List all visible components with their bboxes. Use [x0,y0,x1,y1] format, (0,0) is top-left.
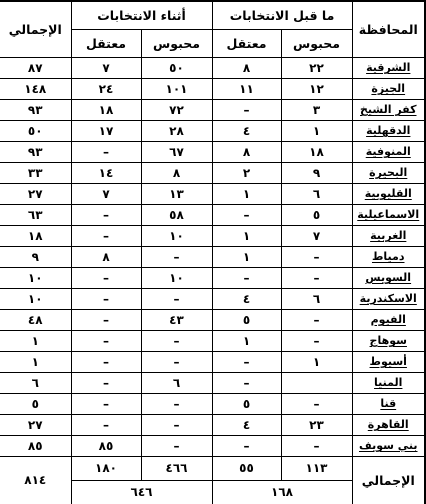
during-detained-count: – [71,225,141,246]
table-row: كفر الشيخ٣–٧٢١٨٩٣ [0,99,425,120]
during-detained-count: – [71,141,141,162]
row-total: ١٨ [0,225,71,246]
governorate-name: المنوفية [352,141,425,162]
during-detained-count: ١٤ [71,162,141,183]
during-detained-count: – [71,330,141,351]
row-total: ١٠ [0,288,71,309]
row-total: ٨٧ [0,57,71,78]
governorate-name: القاهرة [352,414,425,435]
pre-detained-count: – [212,99,281,120]
during-held-count: – [141,330,212,351]
pre-detained-count: ١ [212,183,281,204]
governorate-name: كفر الشيخ [352,99,425,120]
during-detained-count: ٨ [71,246,141,267]
pre-detained-count: – [212,435,281,456]
during-held-count: ٦ [141,372,212,393]
table-row: سوهاج–١––١ [0,330,425,351]
table-row: الاسماعيلية٥–٥٨–٦٣ [0,204,425,225]
totals-row-label: الإجمالي [352,456,425,504]
during-detained-count: – [71,351,141,372]
during-held-count: ٢٨ [141,120,212,141]
totals-row: الإجمالي ١١٣ ٥٥ ٤٦٦ ١٨٠ ٨١٤ [0,456,425,480]
during-held-count: – [141,393,212,414]
governorate-name: الجيزة [352,78,425,99]
during-detained-count: – [71,309,141,330]
pre-detained-count: – [212,267,281,288]
governorate-name: سوهاج [352,330,425,351]
col-header-governorate: المحافظة [352,1,425,57]
during-held-count: – [141,351,212,372]
during-held-count: ٥٠ [141,57,212,78]
pre-held-count: ٥ [281,204,352,225]
during-held-count: ٧٢ [141,99,212,120]
table-row: الشرقية٢٢٨٥٠٧٨٧ [0,57,425,78]
during-detained-count: – [71,414,141,435]
during-held-count: ١٠١ [141,78,212,99]
during-held-count: ٦٧ [141,141,212,162]
pre-detained-count: ٨ [212,141,281,162]
pre-detained-count: – [212,372,281,393]
pre-held-count: – [281,330,352,351]
row-total: ١ [0,330,71,351]
during-held-count: ١٠ [141,267,212,288]
governorate-name: قنا [352,393,425,414]
row-total: ٢٧ [0,414,71,435]
during-detained-count: – [71,372,141,393]
pre-held-count: ٧ [281,225,352,246]
pre-held-count: ٣ [281,99,352,120]
pre-held-count: ٦ [281,183,352,204]
grand-total: ٨١٤ [0,456,71,504]
governorate-name: البحيرة [352,162,425,183]
pre-detained-count: ١ [212,225,281,246]
during-detained-count: ٢٤ [71,78,141,99]
pre-held-count: ٦ [281,288,352,309]
table-row: القاهرة٢٣٤––٢٧ [0,414,425,435]
col-header-pre-detained: معتقل [212,29,281,57]
totals-during-sum: ٦٤٦ [71,480,212,504]
table-row: البحيرة٩٢٨١٤٣٣ [0,162,425,183]
table-row: الفيوم–٥٤٣–٤٨ [0,309,425,330]
during-detained-count: – [71,267,141,288]
pre-held-count: – [281,393,352,414]
document-page: المحافظة ما قبل الانتخابات أثناء الانتخا… [0,0,426,504]
governorate-name: بني سويف [352,435,425,456]
pre-held-count: ١٨ [281,141,352,162]
during-detained-count: – [71,204,141,225]
pre-detained-count: ٤ [212,414,281,435]
row-total: ٩٣ [0,99,71,120]
row-total: ٤٨ [0,309,71,330]
table-footer: الإجمالي ١١٣ ٥٥ ٤٦٦ ١٨٠ ٨١٤ ١٦٨ ٦٤٦ [0,456,425,504]
row-total: ١ [0,351,71,372]
pre-detained-count: ٥ [212,393,281,414]
detainees-by-governorate-table: المحافظة ما قبل الانتخابات أثناء الانتخا… [0,0,426,504]
during-detained-count: ٧ [71,57,141,78]
row-total: ٥ [0,393,71,414]
pre-held-count: – [281,267,352,288]
during-detained-count: – [71,393,141,414]
pre-detained-count: ١ [212,330,281,351]
governorate-name: القليوبية [352,183,425,204]
governorate-name: الفيوم [352,309,425,330]
pre-held-count: ١٢ [281,78,352,99]
table-row: المنيا–٦–٦ [0,372,425,393]
during-held-count: – [141,246,212,267]
pre-held-count: ١ [281,351,352,372]
during-detained-count: – [71,288,141,309]
totals-pre-detained: ٥٥ [212,456,281,480]
table-row: الاسكندرية٦٤––١٠ [0,288,425,309]
col-header-pre-held: محبوس [281,29,352,57]
row-total: ٦ [0,372,71,393]
pre-detained-count: ٢ [212,162,281,183]
col-header-during-detained: معتقل [71,29,141,57]
row-total: ٣٣ [0,162,71,183]
governorate-name: الاسماعيلية [352,204,425,225]
during-detained-count: ١٧ [71,120,141,141]
pre-detained-count: ١ [212,246,281,267]
col-header-during-held: محبوس [141,29,212,57]
table-row: القليوبية٦١١٣٧٢٧ [0,183,425,204]
row-total: ٩ [0,246,71,267]
during-detained-count: ٨٥ [71,435,141,456]
during-held-count: ٨ [141,162,212,183]
totals-during-detained: ١٨٠ [71,456,141,480]
governorate-name: الدقهلية [352,120,425,141]
governorate-name: المنيا [352,372,425,393]
row-total: ١٤٨ [0,78,71,99]
during-held-count: – [141,288,212,309]
pre-detained-count: ٨ [212,57,281,78]
table-row: بني سويف–––٨٥٨٥ [0,435,425,456]
pre-held-count: ١ [281,120,352,141]
during-held-count: ١٠ [141,225,212,246]
pre-detained-count: ٤ [212,288,281,309]
pre-detained-count: – [212,351,281,372]
pre-detained-count: – [212,204,281,225]
governorate-name: الغربية [352,225,425,246]
table-row: الدقهلية١٤٢٨١٧٥٠ [0,120,425,141]
totals-pre-held: ١١٣ [281,456,352,480]
table-row: أسيوط١–––١ [0,351,425,372]
during-held-count: – [141,414,212,435]
row-total: ٥٠ [0,120,71,141]
pre-detained-count: ٥ [212,309,281,330]
governorate-name: أسيوط [352,351,425,372]
row-total: ٩٣ [0,141,71,162]
row-total: ٢٧ [0,183,71,204]
during-detained-count: ٧ [71,183,141,204]
table-row: المنوفية١٨٨٦٧–٩٣ [0,141,425,162]
table-row: الجيزة١٢١١١٠١٢٤١٤٨ [0,78,425,99]
pre-detained-count: ١١ [212,78,281,99]
pre-held-count: – [281,435,352,456]
col-group-during-elections: أثناء الانتخابات [71,1,212,29]
governorate-name: دمياط [352,246,425,267]
col-header-total: الإجمالي [0,1,71,57]
row-total: ٨٥ [0,435,71,456]
table-row: السويس––١٠–١٠ [0,267,425,288]
pre-held-count: ٢٢ [281,57,352,78]
pre-held-count: – [281,246,352,267]
row-total: ٦٣ [0,204,71,225]
governorate-name: الاسكندرية [352,288,425,309]
totals-pre-sum: ١٦٨ [212,480,352,504]
pre-held-count: – [281,309,352,330]
pre-held-count: ٩ [281,162,352,183]
during-detained-count: ١٨ [71,99,141,120]
during-held-count: ١٣ [141,183,212,204]
table-header: المحافظة ما قبل الانتخابات أثناء الانتخا… [0,1,425,57]
during-held-count: ٥٨ [141,204,212,225]
header-group-row: المحافظة ما قبل الانتخابات أثناء الانتخا… [0,1,425,29]
governorate-name: السويس [352,267,425,288]
pre-held-count: ٢٣ [281,414,352,435]
governorate-name: الشرقية [352,57,425,78]
table-row: قنا–٥––٥ [0,393,425,414]
col-group-pre-elections: ما قبل الانتخابات [212,1,352,29]
pre-detained-count: ٤ [212,120,281,141]
during-held-count: ٤٣ [141,309,212,330]
table-row: الغربية٧١١٠–١٨ [0,225,425,246]
table-row: دمياط–١–٨٩ [0,246,425,267]
row-total: ١٠ [0,267,71,288]
pre-held-count [281,372,352,393]
during-held-count: – [141,435,212,456]
totals-during-held: ٤٦٦ [141,456,212,480]
table-body: الشرقية٢٢٨٥٠٧٨٧الجيزة١٢١١١٠١٢٤١٤٨كفر الش… [0,57,425,456]
